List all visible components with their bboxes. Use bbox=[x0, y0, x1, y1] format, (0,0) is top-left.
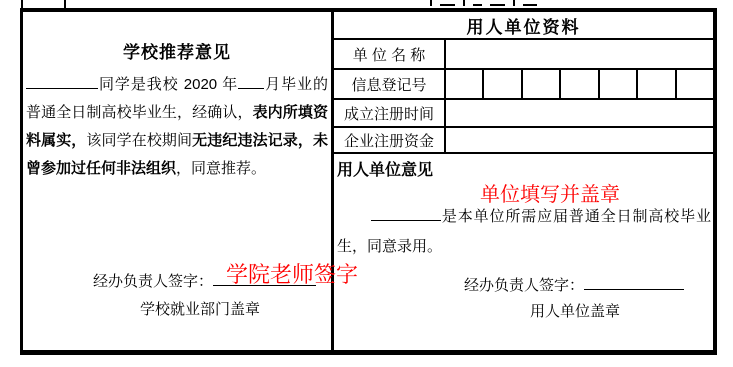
employer-signature-label: 经办负责人签字： bbox=[464, 277, 584, 294]
paragraph-run: 该同学在校期间 bbox=[86, 132, 192, 149]
employer-section: 用人单位资料 单 位 名 称 信息登记号 成立注册时间 企业注册资金 bbox=[334, 12, 713, 350]
table-row-registered-capital: 企业注册资金 bbox=[334, 128, 713, 154]
registration-date-label: 成立注册时间 bbox=[334, 100, 446, 126]
paragraph-run: 同学是我校 2020 年 bbox=[98, 76, 238, 93]
employer-signature-line: 经办负责人签字： bbox=[464, 274, 684, 295]
registration-number-cell[interactable] bbox=[482, 70, 520, 98]
unit-name-input-cell[interactable] bbox=[446, 40, 713, 68]
paragraph-run: ，同意推荐。 bbox=[176, 160, 266, 177]
registration-number-cell[interactable] bbox=[675, 70, 713, 98]
registration-number-cell[interactable] bbox=[559, 70, 597, 98]
employer-opinion-text: 是本单位所需应届普通全日制高校毕业生，同意录用。 bbox=[337, 202, 711, 262]
school-signature-label: 经办负责人签字： bbox=[93, 273, 213, 290]
employer-opinion-section: 用人单位意见 单位填写并盖章 是本单位所需应届普通全日制高校毕业生，同意录用。 … bbox=[334, 154, 713, 350]
student-name-blank-field[interactable] bbox=[371, 206, 441, 221]
registration-number-cell[interactable] bbox=[598, 70, 636, 98]
school-stamp-label: 学校就业部门盖章 bbox=[140, 298, 260, 319]
school-recommendation-text: 同学是我校 2020 年月毕业的普通全日制高校毕业生，经确认，表内所填资料属实，… bbox=[26, 71, 328, 183]
student-name-blank-field[interactable] bbox=[26, 74, 98, 89]
table-row-registration-number: 信息登记号 bbox=[334, 70, 713, 100]
employer-signature-blank-field[interactable] bbox=[584, 275, 684, 290]
employer-stamp-label: 用人单位盖章 bbox=[530, 300, 620, 321]
graduation-month-blank-field[interactable] bbox=[238, 74, 264, 89]
registration-number-cell[interactable] bbox=[521, 70, 559, 98]
teacher-signature-annotation: 学院老师签字 bbox=[226, 258, 358, 289]
registration-number-boxes bbox=[446, 70, 713, 98]
table-row-registration-date: 成立注册时间 bbox=[334, 100, 713, 128]
unit-name-label: 单 位 名 称 bbox=[334, 40, 446, 68]
employer-section-title: 用人单位资料 bbox=[334, 12, 713, 40]
school-section-title: 学校推荐意见 bbox=[23, 38, 331, 63]
registration-number-cell[interactable] bbox=[636, 70, 674, 98]
registered-capital-label: 企业注册资金 bbox=[334, 128, 446, 152]
cropped-text-remnant bbox=[430, 0, 537, 6]
table-row-unit-name: 单 位 名 称 bbox=[334, 40, 713, 70]
school-recommendation-section: 学校推荐意见 同学是我校 2020 年月毕业的普通全日制高校毕业生，经确认，表内… bbox=[23, 12, 331, 350]
recommendation-form-table: 学校推荐意见 同学是我校 2020 年月毕业的普通全日制高校毕业生，经确认，表内… bbox=[20, 8, 717, 355]
registration-date-input-cell[interactable] bbox=[446, 100, 713, 126]
employer-opinion-title: 用人单位意见 bbox=[337, 157, 433, 180]
registered-capital-input-cell[interactable] bbox=[446, 128, 713, 152]
registration-number-cell[interactable] bbox=[446, 70, 482, 98]
registration-number-label: 信息登记号 bbox=[334, 70, 446, 98]
unit-fill-stamp-annotation: 单位填写并盖章 bbox=[480, 178, 620, 207]
